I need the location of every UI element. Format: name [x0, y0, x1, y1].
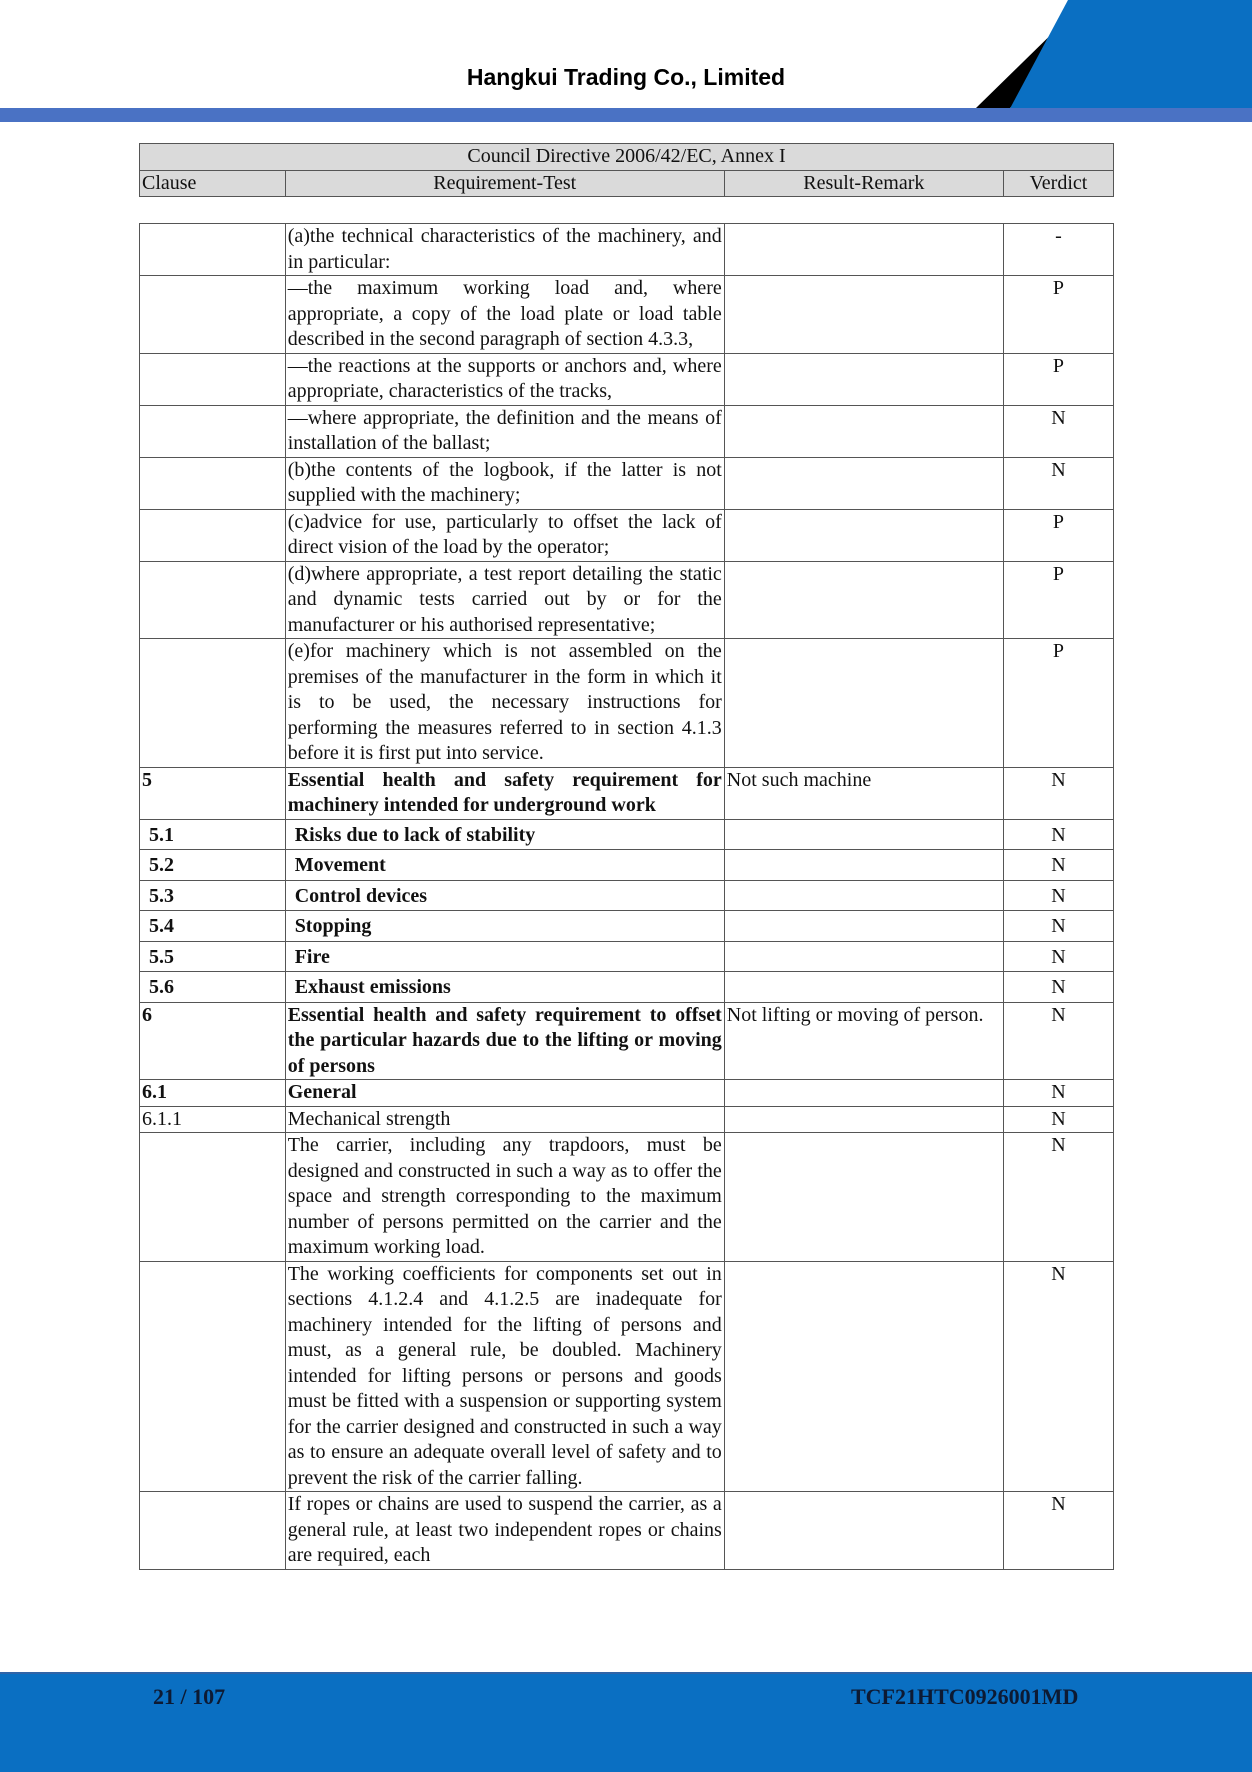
company-name: Hangkui Trading Co., Limited [0, 64, 1252, 91]
result-cell [724, 639, 1003, 768]
clause-cell: 6.1.1 [140, 1106, 286, 1133]
requirement-cell: —where appropriate, the definition and t… [285, 405, 724, 457]
clause-cell: 5.3 [140, 880, 286, 911]
requirement-cell: General [285, 1080, 724, 1107]
clause-cell [140, 1492, 286, 1570]
verdict-cell: P [1003, 353, 1113, 405]
clause-cell: 6.1 [140, 1080, 286, 1107]
result-cell [724, 819, 1003, 850]
result-cell [724, 1492, 1003, 1570]
clause-cell: 5.6 [140, 972, 286, 1003]
verdict-cell: P [1003, 276, 1113, 354]
verdict-cell: N [1003, 1492, 1113, 1570]
directive-title: Council Directive 2006/42/EC, Annex I [140, 144, 1114, 171]
requirement-cell: The carrier, including any trapdoors, mu… [285, 1133, 724, 1262]
requirement-cell: (c)advice for use, particularly to offse… [285, 509, 724, 561]
table-row: 5.4StoppingN [140, 911, 1114, 942]
clause-cell [140, 561, 286, 639]
result-cell: Not lifting or moving of person. [724, 1002, 1003, 1080]
verdict-cell: N [1003, 819, 1113, 850]
clause-cell: 5 [140, 767, 286, 819]
table-row: 5.1Risks due to lack of stabilityN [140, 819, 1114, 850]
table-row: 6.1GeneralN [140, 1080, 1114, 1107]
requirement-cell: Essential health and safety requirement … [285, 1002, 724, 1080]
requirement-cell: If ropes or chains are used to suspend t… [285, 1492, 724, 1570]
table-row: (a)the technical characteristics of the … [140, 224, 1114, 276]
result-cell [724, 1106, 1003, 1133]
verdict-cell: N [1003, 972, 1113, 1003]
requirement-cell: The working coefficients for components … [285, 1261, 724, 1492]
table-header: Council Directive 2006/42/EC, Annex I Cl… [139, 143, 1114, 197]
table-row: 5.6Exhaust emissionsN [140, 972, 1114, 1003]
clause-cell: 5.2 [140, 850, 286, 881]
result-cell: Not such machine [724, 767, 1003, 819]
clause-cell [140, 276, 286, 354]
requirement-cell: Stopping [285, 911, 724, 942]
requirement-cell: Essential health and safety requirement … [285, 767, 724, 819]
clause-cell: 6 [140, 1002, 286, 1080]
verdict-cell: N [1003, 880, 1113, 911]
clause-cell [140, 1133, 286, 1262]
clause-cell [140, 509, 286, 561]
requirement-cell: (d)where appropriate, a test report deta… [285, 561, 724, 639]
result-cell [724, 353, 1003, 405]
requirement-cell: —the reactions at the supports or anchor… [285, 353, 724, 405]
verdict-cell: P [1003, 509, 1113, 561]
requirement-cell: Mechanical strength [285, 1106, 724, 1133]
header-decoration-icon [0, 0, 1252, 125]
requirement-cell: Exhaust emissions [285, 972, 724, 1003]
table-row: The carrier, including any trapdoors, mu… [140, 1133, 1114, 1262]
result-cell [724, 509, 1003, 561]
result-cell [724, 941, 1003, 972]
column-header-result: Result-Remark [724, 170, 1003, 197]
verdict-cell: N [1003, 1080, 1113, 1107]
verdict-cell: N [1003, 850, 1113, 881]
table-row: If ropes or chains are used to suspend t… [140, 1492, 1114, 1570]
verdict-cell: N [1003, 1133, 1113, 1262]
table-row: (c)advice for use, particularly to offse… [140, 509, 1114, 561]
result-cell [724, 457, 1003, 509]
requirement-cell: (a)the technical characteristics of the … [285, 224, 724, 276]
requirements-table: (a)the technical characteristics of the … [139, 223, 1114, 1570]
page-header: Hangkui Trading Co., Limited [0, 0, 1252, 125]
result-cell [724, 880, 1003, 911]
table-row: 5.2MovementN [140, 850, 1114, 881]
clause-cell [140, 1261, 286, 1492]
result-cell [724, 224, 1003, 276]
table-row: (e)for machinery which is not assembled … [140, 639, 1114, 768]
verdict-cell: N [1003, 941, 1113, 972]
verdict-cell: P [1003, 639, 1113, 768]
requirement-cell: —the maximum working load and, where app… [285, 276, 724, 354]
requirement-cell: Movement [285, 850, 724, 881]
clause-cell [140, 405, 286, 457]
verdict-cell: N [1003, 767, 1113, 819]
table-row: (b)the contents of the logbook, if the l… [140, 457, 1114, 509]
verdict-cell: N [1003, 1002, 1113, 1080]
clause-cell [140, 457, 286, 509]
verdict-cell: P [1003, 561, 1113, 639]
table-row: 5Essential health and safety requirement… [140, 767, 1114, 819]
clause-cell: 5.1 [140, 819, 286, 850]
verdict-cell: - [1003, 224, 1113, 276]
verdict-cell: N [1003, 457, 1113, 509]
verdict-cell: N [1003, 1106, 1113, 1133]
table-row: 6Essential health and safety requirement… [140, 1002, 1114, 1080]
result-cell [724, 850, 1003, 881]
result-cell [724, 972, 1003, 1003]
verdict-cell: N [1003, 405, 1113, 457]
header-band [0, 108, 1252, 122]
clause-cell [140, 639, 286, 768]
clause-cell [140, 224, 286, 276]
result-cell [724, 405, 1003, 457]
result-cell [724, 911, 1003, 942]
clause-cell: 5.4 [140, 911, 286, 942]
report-code: TCF21HTC0926001MD [851, 1684, 1078, 1710]
table-row: 6.1.1Mechanical strengthN [140, 1106, 1114, 1133]
table-row: —where appropriate, the definition and t… [140, 405, 1114, 457]
column-header-requirement: Requirement-Test [285, 170, 724, 197]
table-row: —the reactions at the supports or anchor… [140, 353, 1114, 405]
result-cell [724, 1261, 1003, 1492]
table-row: 5.3Control devicesN [140, 880, 1114, 911]
result-cell [724, 276, 1003, 354]
requirement-cell: Risks due to lack of stability [285, 819, 724, 850]
table-row: The working coefficients for components … [140, 1261, 1114, 1492]
result-cell [724, 1133, 1003, 1262]
requirement-cell: Fire [285, 941, 724, 972]
page-number: 21 / 107 [153, 1684, 225, 1710]
table-row: —the maximum working load and, where app… [140, 276, 1114, 354]
clause-cell [140, 353, 286, 405]
result-cell [724, 561, 1003, 639]
column-header-verdict: Verdict [1003, 170, 1113, 197]
column-header-clause: Clause [140, 170, 286, 197]
table-row: (d)where appropriate, a test report deta… [140, 561, 1114, 639]
requirement-cell: Control devices [285, 880, 724, 911]
verdict-cell: N [1003, 1261, 1113, 1492]
clause-cell: 5.5 [140, 941, 286, 972]
result-cell [724, 1080, 1003, 1107]
requirement-cell: (e)for machinery which is not assembled … [285, 639, 724, 768]
verdict-cell: N [1003, 911, 1113, 942]
table-row: 5.5FireN [140, 941, 1114, 972]
requirement-cell: (b)the contents of the logbook, if the l… [285, 457, 724, 509]
